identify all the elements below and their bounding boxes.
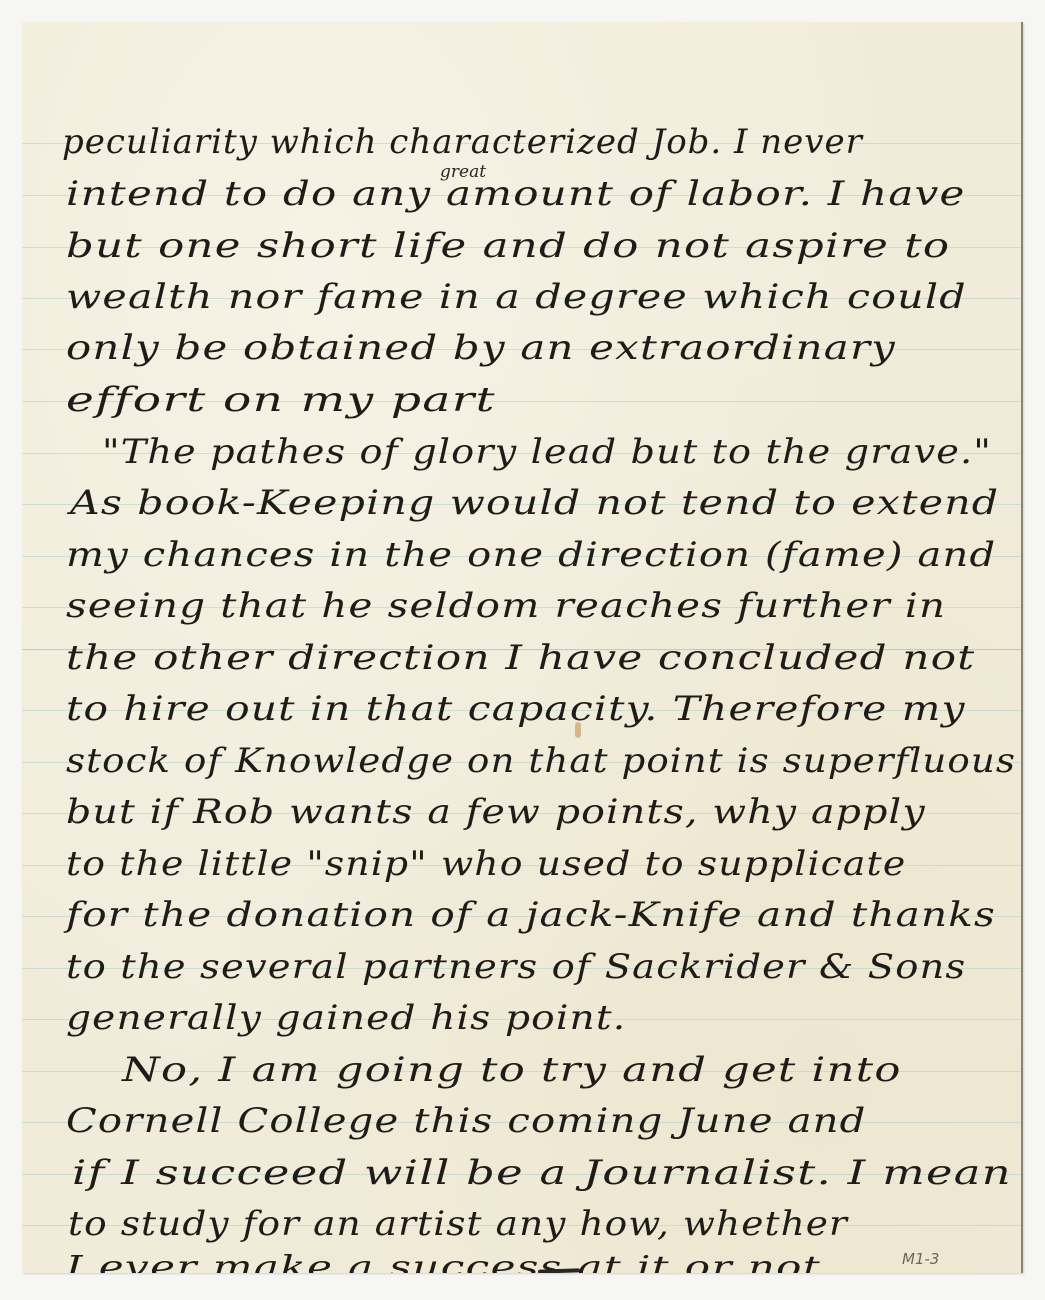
letter-line: I ever make a success at it or not. xyxy=(66,1250,836,1273)
letter-line: stock of Knowledge on that point is supe… xyxy=(66,741,1016,781)
letter-line: peculiarity which characterized Job. I n… xyxy=(62,122,972,162)
letter-page: peculiarity which characterized Job. I n… xyxy=(22,22,1023,1273)
letter-line: to the several partners of Sackrider & S… xyxy=(66,947,966,987)
letter-line: effort on my part xyxy=(66,380,496,420)
letter-line: "The pathes of glory lead but to the gra… xyxy=(102,432,992,472)
archive-reference: M1-3 xyxy=(902,1250,939,1268)
letter-line: but one short life and do not aspire to xyxy=(66,226,950,266)
letter-line: Cornell College this coming June and xyxy=(66,1101,867,1141)
letter-line: to the little "snip" who used to supplic… xyxy=(66,844,906,884)
letter-line: if I succeed will be a Journalist. I mea… xyxy=(72,1153,1012,1193)
letter-line: my chances in the one direction (fame) a… xyxy=(66,535,996,575)
letter-line: intend to do any amount of labor. I have xyxy=(66,174,966,214)
letter-line: generally gained his point. xyxy=(66,998,626,1038)
letter-line: to study for an artist any how, whether xyxy=(68,1204,848,1244)
letter-line: to hire out in that capacity. Therefore … xyxy=(66,689,966,729)
letter-line: No, I am going to try and get into xyxy=(122,1050,902,1090)
letter-line: only be obtained by an extraordinary xyxy=(66,328,896,368)
letter-line: seeing that he seldom reaches further in xyxy=(66,586,946,626)
letter-line: wealth nor fame in a degree which could xyxy=(66,277,967,317)
letter-line: for the donation of a jack-Knife and tha… xyxy=(66,895,996,935)
document-scan: peculiarity which characterized Job. I n… xyxy=(0,0,1045,1300)
letter-line: but if Rob wants a few points, why apply xyxy=(66,792,926,832)
letter-line: As book-Keeping would not tend to extend xyxy=(70,483,999,523)
ink-mark xyxy=(538,1268,580,1273)
letter-line: the other direction I have concluded not xyxy=(66,638,975,678)
